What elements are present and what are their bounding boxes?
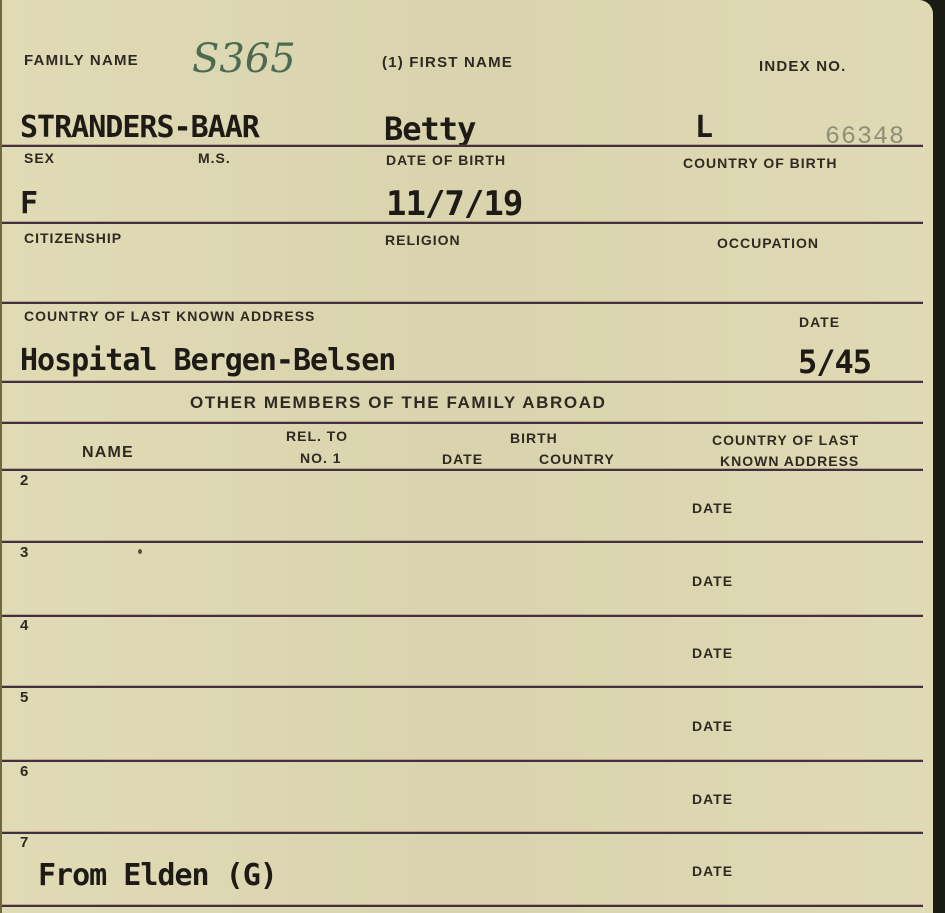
address-date-label: DATE	[799, 314, 840, 330]
index-no-label: INDEX NO.	[759, 58, 846, 75]
col-birth-date: DATE	[442, 451, 483, 467]
col-rel-to-line2: NO. 1	[300, 450, 342, 466]
row-note-value: From Elden (G)	[38, 858, 277, 893]
divider	[2, 145, 923, 147]
row-number: 3	[20, 544, 28, 561]
divider	[2, 381, 923, 383]
divider	[2, 832, 923, 834]
divider	[2, 905, 923, 907]
citizenship-label: CITIZENSHIP	[24, 230, 122, 246]
row-date-label: DATE	[692, 500, 733, 516]
divider	[2, 541, 923, 543]
last-known-address-value: Hospital Bergen-Belsen	[20, 343, 395, 378]
first-name-label: (1) FIRST NAME	[382, 54, 513, 71]
divider	[2, 686, 923, 688]
row-number: 7	[20, 834, 28, 851]
row-number: 6	[20, 763, 28, 780]
row-date-label: DATE	[692, 645, 733, 661]
handwritten-code: S365	[192, 36, 296, 82]
col-last-address-line2: KNOWN ADDRESS	[720, 453, 859, 469]
divider	[2, 302, 923, 304]
sex-value: F	[20, 186, 37, 221]
col-name: NAME	[82, 444, 134, 462]
date-of-birth-label: DATE OF BIRTH	[386, 152, 506, 168]
col-last-address-line1: COUNTRY OF LAST	[712, 432, 859, 448]
col-birth-country: COUNTRY	[539, 451, 615, 467]
marital-status-label: M.S.	[198, 150, 231, 166]
row-number: 2	[20, 472, 28, 489]
divider	[2, 469, 923, 471]
family-name-value: STRANDERS-BAAR	[20, 110, 259, 145]
index-letter-value: L	[695, 110, 712, 145]
address-date-value: 5/45	[798, 343, 871, 381]
col-rel-to-line1: REL. TO	[286, 428, 348, 444]
col-birth: BIRTH	[510, 430, 558, 446]
divider	[2, 760, 923, 762]
row-number: 4	[20, 617, 28, 634]
occupation-label: OCCUPATION	[717, 235, 819, 251]
date-of-birth-value: 11/7/19	[386, 184, 522, 224]
country-of-birth-label: COUNTRY OF BIRTH	[683, 155, 837, 171]
religion-label: RELIGION	[385, 232, 461, 248]
family-section-title: OTHER MEMBERS OF THE FAMILY ABROAD	[190, 393, 606, 413]
family-name-label: FAMILY NAME	[24, 52, 139, 69]
country-last-address-label: COUNTRY OF LAST KNOWN ADDRESS	[24, 308, 315, 324]
divider	[2, 615, 923, 617]
divider	[2, 222, 923, 224]
row-date-label: DATE	[692, 791, 733, 807]
row-number: 5	[20, 689, 28, 706]
row-date-label: DATE	[692, 863, 733, 879]
sex-label: SEX	[24, 150, 55, 166]
first-name-value: Betty	[384, 110, 475, 148]
divider	[2, 422, 923, 424]
registration-card: FAMILY NAME S365 (1) FIRST NAME INDEX NO…	[0, 0, 933, 913]
row-date-label: DATE	[692, 573, 733, 589]
ink-speck	[138, 549, 142, 554]
row-date-label: DATE	[692, 718, 733, 734]
